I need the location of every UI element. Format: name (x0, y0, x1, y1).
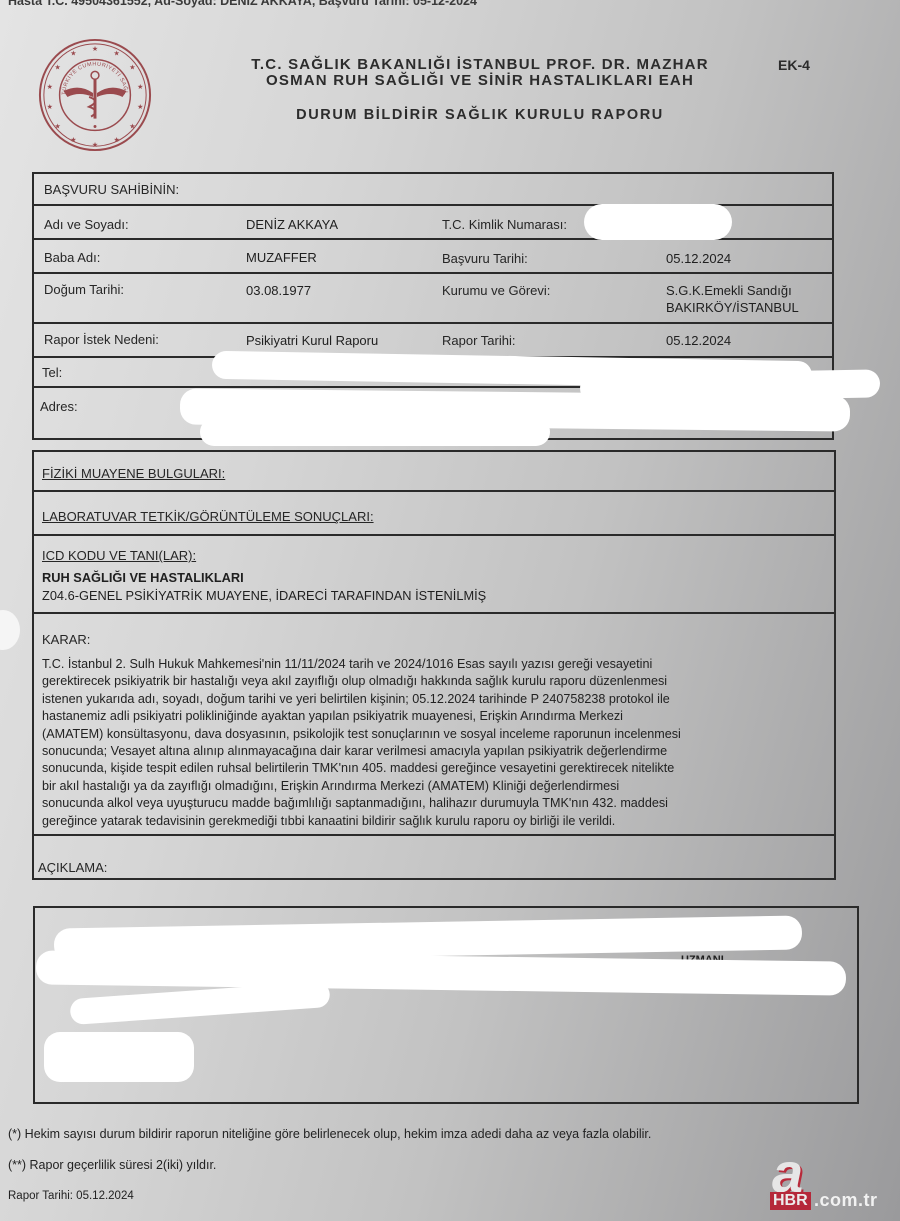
top-caption: Hasta T.C. 49504361552, Ad-Soyad: DENİZ … (8, 0, 477, 8)
svg-text:★: ★ (114, 50, 120, 58)
field-value-institution-line-1: S.G.K.Emekli Sandığı (666, 282, 792, 299)
redaction-address-2 (200, 418, 550, 446)
ahaber-watermark: a HBR .com.tr (758, 1150, 900, 1210)
decision-line: (AMATEM) konsültasyonu, dava dosyasının,… (42, 726, 824, 743)
field-value-father-name: MUZAFFER (246, 249, 317, 266)
decision-title: KARAR: (42, 632, 90, 647)
institution-line-1: T.C. SAĞLIK BAKANLIĞI İSTANBUL PROF. DR.… (200, 57, 760, 73)
svg-text:★: ★ (129, 122, 135, 130)
decision-line: gerektirecek psikiyatrik bir hastalığı v… (42, 673, 824, 690)
decision-line: sonucunda alkol veya uyuşturucu madde ba… (42, 795, 824, 812)
svg-text:★: ★ (47, 103, 53, 111)
field-label-tc-id: T.C. Kimlik Numarası: (442, 217, 567, 232)
findings-section: FİZİKİ MUAYENE BULGULARI: LABORATUVAR TE… (32, 450, 836, 880)
field-value-request-reason: Psikiyatri Kurul Raporu (246, 332, 378, 349)
icd-category: RUH SAĞLIĞI VE HASTALIKLARI (42, 570, 244, 585)
redaction-signatures-4 (44, 1032, 194, 1082)
field-label-institution: Kurumu ve Görevi: (442, 283, 550, 298)
decision-line: sonucunda; Vesayet altına alınıp alınmay… (42, 743, 824, 760)
watermark-brand: HBR (770, 1192, 811, 1210)
field-label-father-name: Baba Adı: (44, 250, 100, 265)
explanation-title: AÇIKLAMA: (38, 860, 107, 875)
decision-line: T.C. İstanbul 2. Sulh Hukuk Mahkemesi'ni… (42, 656, 824, 673)
field-label-application-date: Başvuru Tarihi: (442, 251, 528, 266)
paper-hole (0, 610, 20, 650)
svg-text:★: ★ (55, 63, 61, 71)
footer-note-1: (*) Hekim sayısı durum bildirir raporun … (8, 1127, 651, 1141)
svg-text:★: ★ (70, 136, 76, 144)
svg-text:★: ★ (114, 136, 120, 144)
svg-text:★: ★ (92, 141, 98, 149)
decision-line: bir akıl hastalığı ya da zayıflığı olmad… (42, 778, 824, 795)
redaction-tc-id (584, 204, 732, 240)
physical-exam-title: FİZİKİ MUAYENE BULGULARI: (42, 466, 225, 481)
decision-line: gereğince yatarak tedavisinin gerekmediğ… (42, 813, 824, 830)
field-label-address: Adres: (40, 399, 78, 414)
svg-text:★: ★ (129, 63, 135, 71)
report-title: DURUM BİLDİRİR SAĞLIK KURULU RAPORU (200, 107, 760, 123)
field-label-birth-date: Doğum Tarihi: (44, 282, 124, 297)
svg-text:★: ★ (70, 50, 76, 58)
svg-text:★: ★ (55, 122, 61, 130)
institution-name: T.C. SAĞLIK BAKANLIĞI İSTANBUL PROF. DR.… (200, 57, 760, 89)
field-value-birth-date: 03.08.1977 (246, 282, 311, 299)
icd-diagnosis: Z04.6-GENEL PSİKİYATRİK MUAYENE, İDARECİ… (42, 588, 486, 603)
footer-note-2: (**) Rapor geçerlilik süresi 2(iki) yıld… (8, 1158, 216, 1172)
field-value-name: DENİZ AKKAYA (246, 216, 338, 233)
svg-text:★: ★ (137, 83, 143, 91)
field-label-request-reason: Rapor İstek Nedeni: (44, 332, 159, 347)
svg-text:★: ★ (47, 83, 53, 91)
decision-line: hastanemiz adli psikiyatri polikliniğind… (42, 708, 824, 725)
lab-results-title: LABORATUVAR TETKİK/GÖRÜNTÜLEME SONUÇLARI… (42, 509, 374, 524)
svg-text:★: ★ (137, 103, 143, 111)
field-value-application-date: 05.12.2024 (666, 250, 731, 267)
footer-report-date: Rapor Tarihi: 05.12.2024 (8, 1190, 134, 1202)
field-label-phone: Tel: (42, 365, 62, 380)
annex-label: EK-4 (778, 57, 810, 73)
svg-text:★: ★ (92, 45, 98, 53)
field-value-report-date: 05.12.2024 (666, 332, 731, 349)
field-label-name: Adı ve Soyadı: (44, 217, 129, 232)
decision-line: sonucunda, kişide tespit edilen ruhsal b… (42, 760, 824, 777)
ministry-of-health-seal-icon: ★ ★ ★ ★ ★ ★ ★ ★ ★ ★ ★ ★ ★ ★ TÜRKİYE CUMH… (36, 36, 154, 154)
decision-line: istenen yukarıda adı, soyadı, doğum tari… (42, 691, 824, 708)
watermark-domain: .com.tr (814, 1190, 878, 1211)
icd-title: ICD KODU VE TANI(LAR): (42, 548, 196, 563)
field-value-institution-line-2: BAKIRKÖY/İSTANBUL (666, 299, 799, 316)
field-label-report-date: Rapor Tarihi: (442, 333, 515, 348)
institution-line-2: OSMAN RUH SAĞLIĞI VE SİNİR HASTALIKLARI … (200, 73, 760, 89)
applicant-section-title: BAŞVURU SAHİBİNİN: (44, 182, 179, 197)
